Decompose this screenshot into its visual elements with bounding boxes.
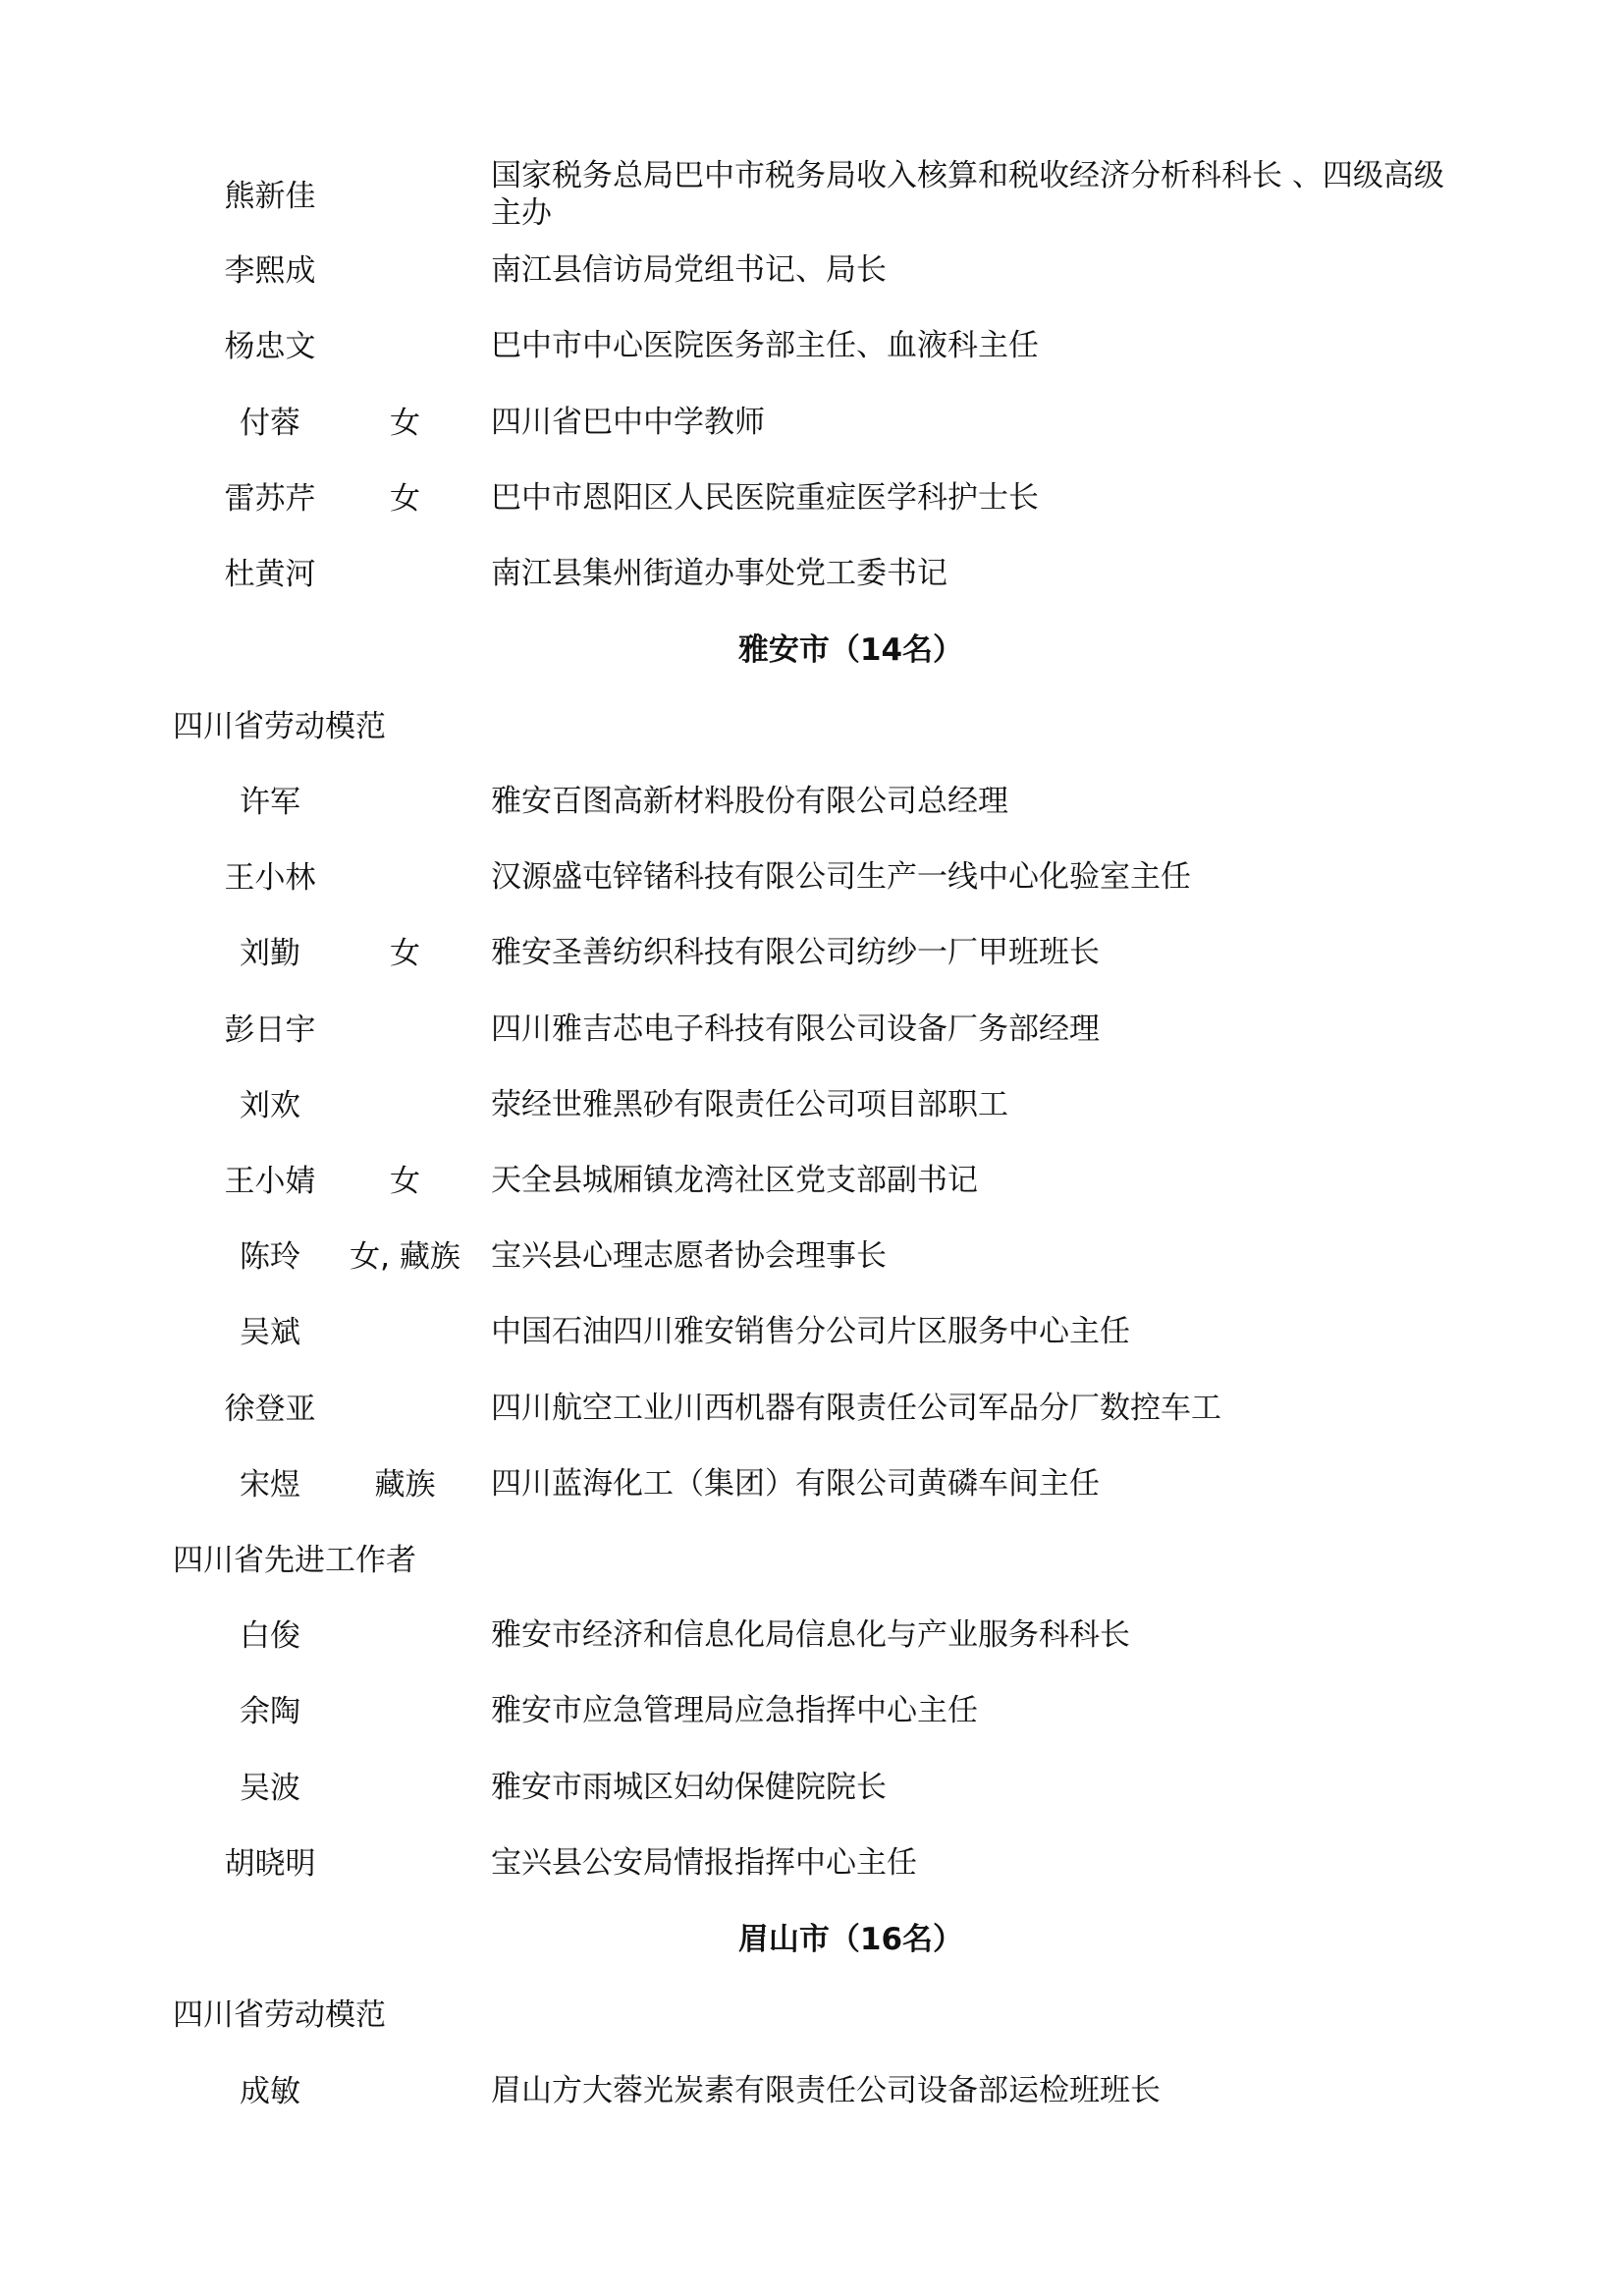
person-position: 荥经世雅黑砂有限责任公司项目部职工 [491, 1086, 1473, 1123]
person-name: 杜黄河 [196, 555, 344, 594]
list-item: 余陶 雅安市应急管理局应急指挥中心主任 [0, 1692, 1623, 1731]
list-item: 胡晓明 宝兴县公安局情报指挥中心主任 [0, 1844, 1623, 1884]
person-name: 吴斌 [196, 1313, 344, 1352]
person-note: 女 [339, 479, 471, 519]
list-item: 刘欢 荥经世雅黑砂有限责任公司项目部职工 [0, 1086, 1623, 1125]
person-position: 天全县城厢镇龙湾社区党支部副书记 [491, 1162, 1473, 1199]
person-position: 汉源盛屯锌锗科技有限公司生产一线中心化验室主任 [491, 858, 1473, 896]
list-item: 成敏 眉山方大蓉光炭素有限责任公司设备部运检班班长 [0, 2072, 1623, 2111]
person-position: 宝兴县公安局情报指挥中心主任 [491, 1844, 1473, 1882]
list-item: 李熙成 南江县信访局党组书记、局长 [0, 251, 1623, 291]
person-position: 眉山方大蓉光炭素有限责任公司设备部运检班班长 [491, 2072, 1473, 2109]
person-position: 雅安市应急管理局应急指挥中心主任 [491, 1692, 1473, 1729]
person-name: 胡晓明 [196, 1844, 344, 1884]
person-name: 王小婧 [196, 1162, 344, 1201]
person-name: 宋煜 [196, 1465, 344, 1504]
person-position: 中国石油四川雅安销售分公司片区服务中心主任 [491, 1313, 1473, 1350]
list-item: 刘勤 女 雅安圣善纺织科技有限公司纺纱一厂甲班班长 [0, 934, 1623, 973]
list-item: 彭日宇 四川雅吉芯电子科技有限公司设备厂务部经理 [0, 1011, 1623, 1050]
list-item: 徐登亚 四川航空工业川西机器有限责任公司军品分厂数控车工 [0, 1390, 1623, 1429]
person-name: 王小林 [196, 858, 344, 898]
person-name: 李熙成 [196, 251, 344, 291]
person-name: 刘欢 [196, 1086, 344, 1125]
list-item: 陈玲 女, 藏族 宝兴县心理志愿者协会理事长 [0, 1237, 1623, 1277]
person-name: 吴波 [196, 1769, 344, 1808]
list-item: 王小林 汉源盛屯锌锗科技有限公司生产一线中心化验室主任 [0, 858, 1623, 898]
person-name: 彭日宇 [196, 1011, 344, 1050]
person-position: 巴中市中心医院医务部主任、血液科主任 [491, 327, 1473, 364]
list-item: 熊新佳 国家税务总局巴中市税务局收入核算和税收经济分析科科长 、四级高级主办 [0, 157, 1623, 236]
list-item: 宋煜 藏族 四川蓝海化工（集团）有限公司黄磷车间主任 [0, 1465, 1623, 1504]
person-position: 雅安圣善纺织科技有限公司纺纱一厂甲班班长 [491, 934, 1473, 971]
person-position: 四川航空工业川西机器有限责任公司军品分厂数控车工 [491, 1390, 1473, 1427]
person-note: 女 [339, 404, 471, 443]
list-item: 杜黄河 南江县集州街道办事处党工委书记 [0, 555, 1623, 594]
person-position: 四川雅吉芯电子科技有限公司设备厂务部经理 [491, 1011, 1473, 1048]
person-position: 国家税务总局巴中市税务局收入核算和税收经济分析科科长 、四级高级主办 [491, 157, 1473, 232]
document-page: 熊新佳 国家税务总局巴中市税务局收入核算和税收经济分析科科长 、四级高级主办 李… [0, 0, 1623, 2296]
section-title-yaan: 雅安市（14名） [0, 630, 1623, 670]
list-item: 雷苏芹 女 巴中市恩阳区人民医院重症医学科护士长 [0, 479, 1623, 519]
person-name: 徐登亚 [196, 1390, 344, 1429]
person-position: 雅安市雨城区妇幼保健院院长 [491, 1769, 1473, 1806]
person-position: 南江县集州街道办事处党工委书记 [491, 555, 1473, 592]
person-name: 雷苏芹 [196, 479, 344, 519]
list-item: 王小婧 女 天全县城厢镇龙湾社区党支部副书记 [0, 1162, 1623, 1201]
person-position: 宝兴县心理志愿者协会理事长 [491, 1237, 1473, 1275]
person-position: 南江县信访局党组书记、局长 [491, 251, 1473, 289]
person-name: 白俊 [196, 1616, 344, 1656]
person-note: 女 [339, 1162, 471, 1201]
category-heading: 四川省劳动模范 [173, 707, 386, 746]
person-name: 余陶 [196, 1692, 344, 1731]
category-heading: 四川省劳动模范 [173, 1995, 386, 2035]
list-item: 吴斌 中国石油四川雅安销售分公司片区服务中心主任 [0, 1313, 1623, 1352]
person-name: 许军 [196, 783, 344, 822]
person-name: 成敏 [196, 2072, 344, 2111]
list-item: 付蓉 女 四川省巴中中学教师 [0, 404, 1623, 443]
person-position: 四川蓝海化工（集团）有限公司黄磷车间主任 [491, 1465, 1473, 1503]
person-position: 四川省巴中中学教师 [491, 404, 1473, 441]
section-title-meishan: 眉山市（16名） [0, 1920, 1623, 1959]
person-name: 付蓉 [196, 404, 344, 443]
person-name: 刘勤 [196, 934, 344, 973]
list-item: 吴波 雅安市雨城区妇幼保健院院长 [0, 1769, 1623, 1808]
person-position: 雅安百图高新材料股份有限公司总经理 [491, 783, 1473, 820]
person-position: 雅安市经济和信息化局信息化与产业服务科科长 [491, 1616, 1473, 1654]
list-item: 白俊 雅安市经济和信息化局信息化与产业服务科科长 [0, 1616, 1623, 1656]
person-position: 巴中市恩阳区人民医院重症医学科护士长 [491, 479, 1473, 517]
person-note: 女 [339, 934, 471, 973]
person-note: 女, 藏族 [339, 1237, 471, 1277]
list-item: 杨忠文 巴中市中心医院医务部主任、血液科主任 [0, 327, 1623, 366]
category-heading: 四川省先进工作者 [173, 1541, 416, 1580]
person-note: 藏族 [339, 1465, 471, 1504]
person-name: 熊新佳 [196, 177, 344, 216]
person-name: 陈玲 [196, 1237, 344, 1277]
person-name: 杨忠文 [196, 327, 344, 366]
list-item: 许军 雅安百图高新材料股份有限公司总经理 [0, 783, 1623, 822]
